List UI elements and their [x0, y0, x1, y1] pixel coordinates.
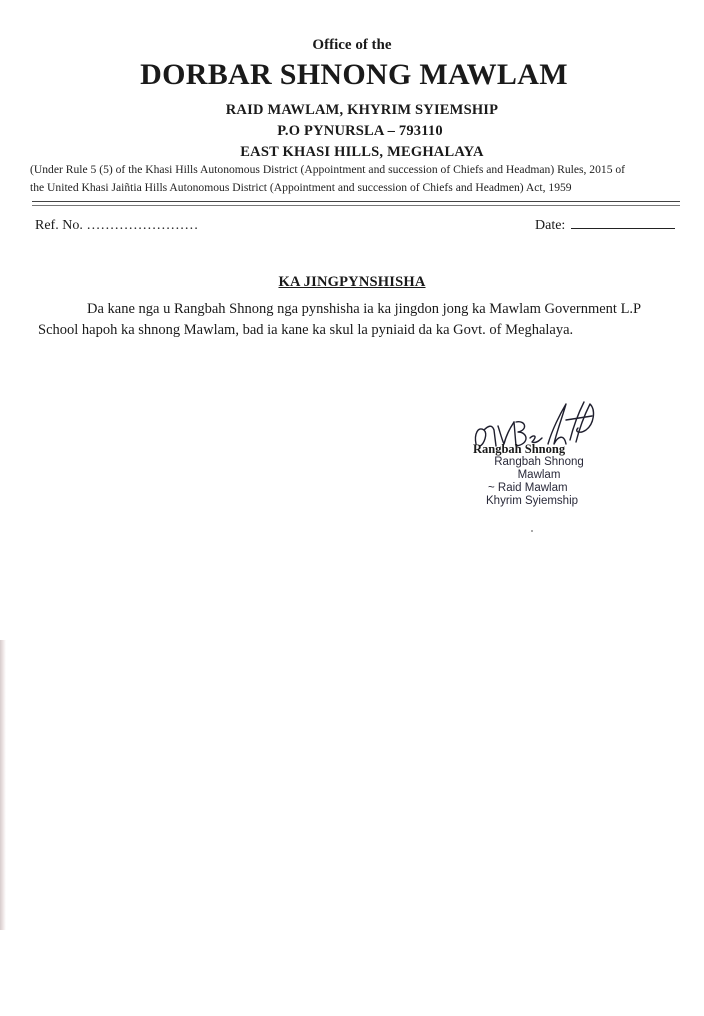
- stamp-line: Rangbah Shnong: [484, 456, 594, 469]
- reference-number: Ref. No. ……………………: [35, 218, 198, 234]
- scan-speck: [531, 530, 533, 532]
- letterhead-district-line: EAST KHASI HILLS, MEGHALAYA: [10, 144, 704, 161]
- document-page: Office of the DORBAR SHNONG MAWLAM RAID …: [0, 0, 704, 1016]
- legal-rule-note-line: the United Khasi Jaiñtia Hills Autonomou…: [30, 181, 690, 194]
- stamp-line: Khyrim Syiemship: [486, 495, 594, 508]
- letter-subject: KA JINGPYNSHISHA: [0, 274, 704, 291]
- date-blank-line: [571, 216, 675, 229]
- letterhead-divider: [32, 201, 680, 202]
- letterhead-postal-line: P.O PYNURSLA – 793110: [8, 123, 704, 140]
- date-label: Date:: [535, 218, 565, 233]
- legal-rule-note-line: (Under Rule 5 (5) of the Khasi Hills Aut…: [30, 163, 690, 176]
- letterhead-divider: [32, 205, 680, 206]
- reference-number-label: Ref. No. ……………………: [35, 218, 198, 233]
- signature-caption: Rangbah Shnong: [473, 442, 565, 457]
- page-edge-shadow: [0, 640, 6, 930]
- letterhead-org-name: DORBAR SHNONG MAWLAM: [2, 58, 704, 92]
- official-stamp: Rangbah Shnong Mawlam ~ Raid Mawlam Khyr…: [484, 456, 594, 508]
- letterhead-office-of: Office of the: [0, 37, 704, 54]
- letter-body-line: School hapoh ka shnong Mawlam, bad ia ka…: [38, 322, 573, 339]
- stamp-line: Mawlam: [484, 469, 594, 482]
- letterhead-address-line: RAID MAWLAM, KHYRIM SYIEMSHIP: [10, 102, 704, 119]
- date-field: Date:: [535, 216, 675, 234]
- letter-body-line: Da kane nga u Rangbah Shnong nga pynshis…: [87, 301, 641, 318]
- stamp-line: ~ Raid Mawlam: [488, 482, 594, 495]
